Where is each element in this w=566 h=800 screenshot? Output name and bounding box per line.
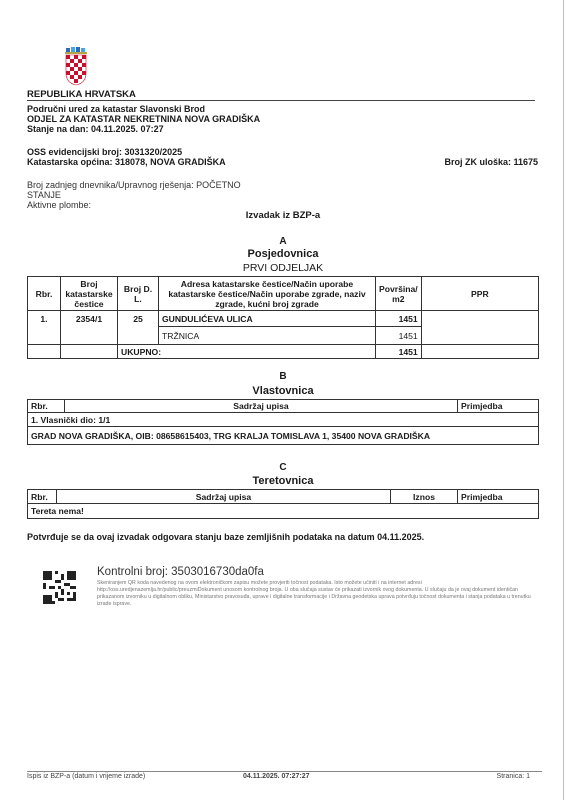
zk-number: Broj ZK uloška: 11675 <box>444 157 538 167</box>
section-b-letter: B <box>0 371 566 382</box>
col-dl: Broj D. L. <box>118 277 159 311</box>
col-parcel: Broj katastarske čestice <box>61 277 118 311</box>
state-date: Stanje na dan: 04.11.2025. 07:27 <box>27 124 164 134</box>
total-label: UKUPNO: <box>118 345 376 359</box>
extract-title: Izvadak iz BZP-a <box>0 210 566 221</box>
footer-divider <box>27 771 542 772</box>
possession-table: Rbr. Broj katastarske čestice Broj D. L.… <box>27 276 539 359</box>
cadastral-municipality: Katastarska općina: 318078, NOVA GRADIŠK… <box>27 157 226 167</box>
ownership-table: Rbr. Sadržaj upisa Primjedba 1. Vlasničk… <box>27 399 539 445</box>
total-area: 1451 <box>376 345 422 359</box>
page-number: Stranica: 1 <box>497 773 530 780</box>
col-area: Površina/ m2 <box>376 277 422 311</box>
section-c-title: Teretovnica <box>0 475 566 487</box>
owner: GRAD NOVA GRADIŠKA, OIB: 08658615403, TR… <box>28 427 539 445</box>
table-row: GRAD NOVA GRADIŠKA, OIB: 08658615403, TR… <box>28 427 539 445</box>
control-number: Kontrolni broj: 3503016730da0fa <box>97 566 264 578</box>
last-diary-cont: STANJE <box>27 190 61 200</box>
department-name: ODJEL ZA KATASTAR NEKRETNINA NOVA GRADIŠ… <box>27 114 260 124</box>
qr-instructions: Skeniranjem QR koda navedenog na ovom el… <box>97 580 539 608</box>
section-b-title: Vlastovnica <box>0 385 566 397</box>
total-row: UKUPNO: 1451 <box>28 345 539 359</box>
oss-number: OSS evidencijski broj: 3031320/2025 <box>27 147 182 157</box>
ownership-share: 1. Vlasnički dio: 1/1 <box>28 413 539 427</box>
last-diary: Broj zadnjeg dnevnika/Upravnog rješenja:… <box>27 180 241 190</box>
page-edge <box>563 0 564 800</box>
col-ppr: PPR <box>421 277 538 311</box>
section-a-title: Posjedovnica <box>0 248 566 260</box>
col-address: Adresa katastarske čestice/Način uporabe… <box>159 277 376 311</box>
col-rbr: Rbr. <box>28 277 61 311</box>
table-row: Tereta nema! <box>28 504 539 519</box>
table-row: 1. 2354/1 25 GUNDULIĆEVA ULICA 1451 <box>28 311 539 327</box>
footer-left: Ispis iz BZP-a (datum i vrijeme izrade) <box>27 773 145 780</box>
footer-timestamp: 04.11.2025. 07:27:27 <box>243 773 310 780</box>
section-c-letter: C <box>0 462 566 473</box>
country-name: REPUBLIKA HRVATSKA <box>27 89 136 100</box>
table-row: TRŽNICA 1451 <box>28 327 539 345</box>
active-seals: Aktivne plombe: <box>27 200 91 210</box>
office-name: Područni ured za katastar Slavonski Brod <box>27 104 205 114</box>
header-divider <box>27 100 535 101</box>
section-a-letter: A <box>0 236 566 247</box>
encumbrance-table: Rbr. Sadržaj upisa Iznos Primjedba Teret… <box>27 489 539 519</box>
no-encumbrances: Tereta nema! <box>28 504 539 519</box>
coat-of-arms-icon <box>62 46 90 86</box>
section-a-subtitle: PRVI ODJELJAK <box>0 262 566 274</box>
qr-code-icon <box>43 571 76 604</box>
confirmation-text: Potvrđuje se da ovaj izvadak odgovara st… <box>27 532 424 542</box>
table-row: 1. Vlasnički dio: 1/1 <box>28 413 539 427</box>
